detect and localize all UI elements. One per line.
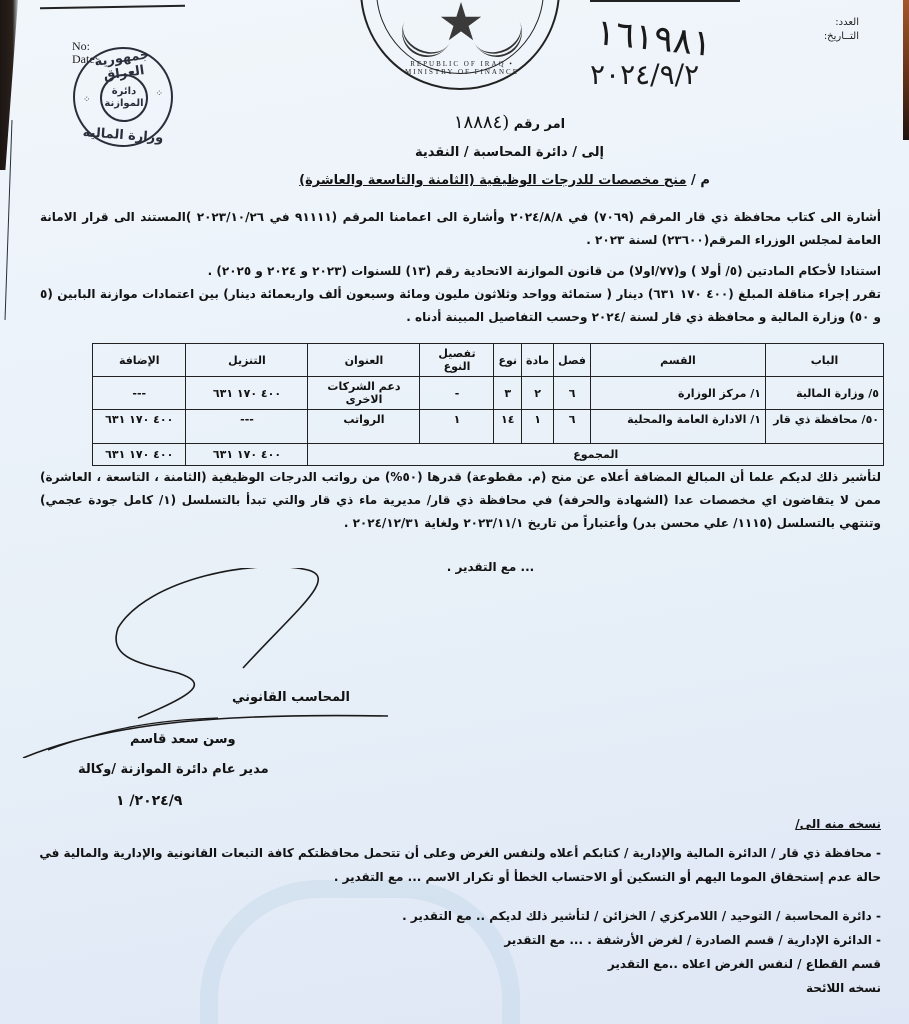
- col-header-type: نوع: [494, 344, 522, 377]
- cell-total-label: المجموع: [308, 444, 884, 466]
- subject-prefix: م /: [687, 173, 710, 188]
- document-date-handwritten: ٢٠٢٤/٩/٢: [590, 58, 699, 91]
- table-row: ٥/ وزارة المالية ١/ مركز الوزارة ٦ ٢ ٣ -…: [93, 377, 884, 410]
- col-header-title: العنوان: [308, 344, 420, 377]
- cell-type-detail: ١: [420, 410, 494, 444]
- document-meta-labels: العدد: التــاريخ:: [824, 16, 859, 44]
- date-label-arabic: التــاريخ:: [824, 30, 859, 44]
- cell-type-detail: -: [420, 377, 494, 410]
- col-header-type-detail: تفصيل النوع: [420, 344, 494, 377]
- recipient-line: إلى / دائرة المحاسبة / النقدية: [0, 145, 909, 160]
- copy-recipient: قسم القطاع / لنفس الغرض اعلاه ..مع التقد…: [608, 953, 881, 975]
- paragraph-reference: أشارة الى كتاب محافظة ذي قار المرقم (٧٠٦…: [40, 206, 881, 252]
- stamp-dots-icon: ⁘: [83, 95, 91, 105]
- copy-recipient-continued: حالة عدم إستحقاق الموما اليهم أو التسكين…: [334, 866, 881, 888]
- signatory-title: المحاسب القانوني: [232, 690, 350, 705]
- cell-total-addition: ٤٠٠ ١٧٠ ٦٣١: [93, 444, 186, 466]
- allocation-transfer-table: الباب القسم فصل مادة نوع تفصيل النوع الع…: [92, 343, 884, 466]
- stamp-inner-line2: الموازنة: [104, 98, 143, 110]
- emblem-palm-right-icon: [464, 0, 530, 65]
- signatory-role: مدير عام دائرة الموازنة /وكالة: [78, 762, 269, 777]
- table-header-row: الباب القسم فصل مادة نوع تفصيل النوع الع…: [93, 344, 884, 377]
- emblem-caption: REPUBLIC OF IRAQ • MINISTRY OF FINANCE: [402, 60, 522, 76]
- cell-title: الرواتب: [308, 410, 420, 444]
- cell-section: ١/ مركز الوزارة: [591, 377, 766, 410]
- cell-chapter: ٥/ وزارة المالية: [766, 377, 884, 410]
- cell-title: دعم الشركات الاخرى: [308, 377, 420, 410]
- header-rule-right: [590, 0, 740, 2]
- cell-article: ٢: [522, 377, 554, 410]
- cell-chapter: ٥٠/ محافظة ذي قار: [766, 410, 884, 444]
- paragraph-decision: تقرر إجراء مناقلة المبلغ (٤٠٠ ١٧٠ ٦٣١) د…: [40, 283, 881, 329]
- handwritten-signature: [18, 568, 398, 758]
- copies-heading: نسخه منه الى/: [795, 817, 881, 831]
- cell-section: ١/ الادارة العامة والمحلية: [591, 410, 766, 444]
- subject-line: م / منح مخصصات للدرجات الوظيفية (الثامنة…: [0, 173, 909, 188]
- col-header-addition: الإضافة: [93, 344, 186, 377]
- subject-text: منح مخصصات للدرجات الوظيفية (الثامنة وال…: [299, 173, 686, 188]
- order-number-line: امر رقم (١٨٨٨٤: [0, 112, 909, 133]
- order-label: امر رقم: [514, 117, 565, 132]
- cell-type: ٣: [494, 377, 522, 410]
- table-row: ٥٠/ محافظة ذي قار ١/ الادارة العامة والم…: [93, 410, 884, 444]
- cell-addition: ٤٠٠ ١٧٠ ٦٣١: [93, 410, 186, 444]
- cell-division: ٦: [554, 410, 591, 444]
- cell-article: ١: [522, 410, 554, 444]
- order-number-handwritten: (١٨٨٨٤: [454, 112, 509, 133]
- signatory-name: وسن سعد قاسم: [130, 732, 236, 747]
- cell-deduction: ---: [186, 410, 308, 444]
- stamp-inner-line1: دائرة: [112, 86, 136, 98]
- col-header-article: مادة: [522, 344, 554, 377]
- cell-addition: ---: [93, 377, 186, 410]
- copy-recipient: - الدائرة الإدارية / قسم الصادرة / لغرض …: [504, 929, 881, 951]
- col-header-division: فصل: [554, 344, 591, 377]
- emblem-palm-left-icon: [394, 0, 460, 65]
- signature-date: ٢٠٢٤/٩/ ١: [116, 793, 182, 809]
- cell-type: ١٤: [494, 410, 522, 444]
- copy-recipient: - محافظة ذي قار / الدائرة المالية والإدا…: [18, 842, 881, 864]
- copy-recipient: نسخه اللائحة: [806, 977, 881, 999]
- stamp-dots-icon: ⁘: [155, 89, 163, 99]
- col-header-section: القسم: [591, 344, 766, 377]
- cell-deduction: ٤٠٠ ١٧٠ ٦٣١: [186, 377, 308, 410]
- cell-division: ٦: [554, 377, 591, 410]
- cell-total-deduction: ٤٠٠ ١٧٠ ٦٣١: [186, 444, 308, 466]
- table-total-row: المجموع ٤٠٠ ١٧٠ ٦٣١ ٤٠٠ ١٧٠ ٦٣١: [93, 444, 884, 466]
- paragraph-details: لتأشير ذلك لديكم علما أن المبالغ المضافة…: [40, 466, 881, 535]
- copy-recipient: - دائرة المحاسبة / التوحيد / اللامركزي /…: [402, 905, 881, 927]
- number-label: العدد:: [824, 16, 859, 30]
- col-header-chapter: الباب: [766, 344, 884, 377]
- paragraph-legal-basis: استنادا لأحكام المادتين (٥/ أولا ) و(٧٧/…: [40, 260, 881, 283]
- col-header-deduction: التنزيل: [186, 344, 308, 377]
